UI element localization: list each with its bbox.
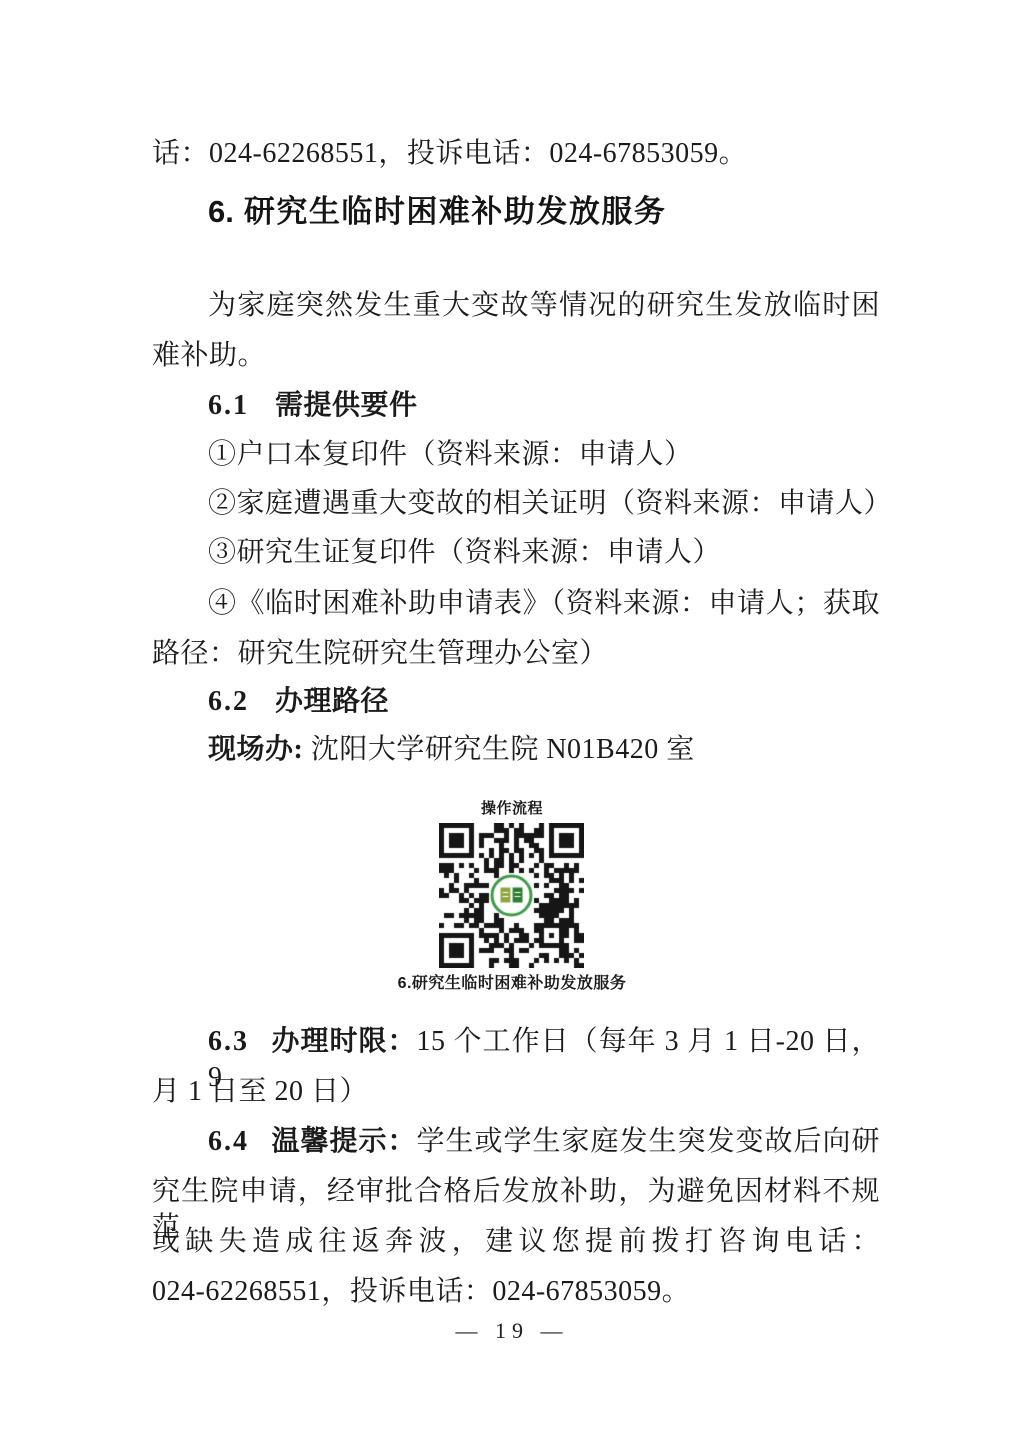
- intro-line2: 难补助。: [152, 340, 266, 371]
- document-page: 话：024-62268551，投诉电话：024-67853059。 6.研究生临…: [0, 0, 1024, 1448]
- subsection-label: 温馨提示：: [271, 1126, 417, 1157]
- subsection-63-continuation: 月 1 日至 20 日）: [152, 1074, 880, 1110]
- subsection-number: 6.4: [208, 1126, 249, 1157]
- qr-top-label: 操作流程: [312, 797, 712, 818]
- section-title: 研究生临时困难补助发放服务: [244, 194, 667, 229]
- paragraph-tail-line: 话：024-62268551，投诉电话：024-67853059。: [152, 136, 880, 172]
- intro-paragraph-line: 为家庭突然发生重大变故等情况的研究生发放临时困: [152, 288, 880, 324]
- list-item-continuation: 路径：研究生院研究生管理办公室）: [152, 636, 880, 672]
- intro-line1: 为家庭突然发生重大变故等情况的研究生发放临时困: [208, 290, 880, 321]
- list-item-text: ①户口本复印件（资料来源：申请人）: [208, 439, 693, 470]
- subsection-text: 024-62268551，投诉电话：024-67853059。: [152, 1276, 690, 1307]
- subsection-heading-62: 6.2办理路径: [152, 684, 880, 720]
- subsection-number: 6.2: [208, 686, 249, 717]
- subsection-text: 月 1 日至 20 日）: [152, 1076, 368, 1107]
- list-item-text: ②家庭遭遇重大变故的相关证明（资料来源：申请人）: [208, 488, 892, 519]
- phone-numbers-text: 话：024-62268551，投诉电话：024-67853059。: [152, 138, 747, 169]
- channel-line: 现场办: 沈阳大学研究生院 N01B420 室: [152, 732, 880, 768]
- subsection-64-continuation: 或缺失造成往返奔波，建议您提前拨打咨询电话：: [152, 1224, 880, 1260]
- qr-bottom-label: 6.研究生临时困难补助发放服务: [312, 970, 712, 993]
- section-number: 6.: [208, 194, 234, 229]
- page-number: — 19 —: [0, 1318, 1024, 1344]
- list-item-text: ④《临时困难补助申请表》（资料来源：申请人；获取: [208, 588, 880, 619]
- subsection-label: 办理时限：: [271, 1026, 417, 1057]
- subsection-title: 办理路径: [275, 686, 389, 717]
- subsection-number: 6.1: [208, 390, 249, 421]
- list-item: ①户口本复印件（资料来源：申请人）: [152, 437, 880, 473]
- subsection-64-line: 6.4温馨提示：学生或学生家庭发生突发变故后向研: [152, 1124, 880, 1160]
- subsection-64-continuation: 024-62268551，投诉电话：024-67853059。: [152, 1274, 880, 1310]
- channel-value: 沈阳大学研究生院 N01B420 室: [311, 734, 695, 765]
- list-item-text: ③研究生证复印件（资料来源：申请人）: [208, 537, 721, 568]
- subsection-title: 需提供要件: [275, 390, 418, 421]
- channel-label: 现场办:: [208, 734, 303, 765]
- list-item: ②家庭遭遇重大变故的相关证明（资料来源：申请人）: [152, 486, 880, 522]
- subsection-text: 学生或学生家庭发生突发变故后向研: [417, 1126, 880, 1157]
- qr-code: [439, 823, 584, 968]
- list-item: ④《临时困难补助申请表》（资料来源：申请人；获取: [152, 586, 880, 622]
- subsection-number: 6.3: [208, 1026, 249, 1057]
- intro-paragraph-line: 难补助。: [152, 338, 880, 374]
- list-item-text: 路径：研究生院研究生管理办公室）: [152, 638, 608, 669]
- list-item: ③研究生证复印件（资料来源：申请人）: [152, 535, 880, 571]
- subsection-text: 或缺失造成往返奔波，建议您提前拨打咨询电话：: [152, 1226, 880, 1257]
- subsection-heading-61: 6.1需提供要件: [152, 388, 880, 424]
- section-heading: 6.研究生临时困难补助发放服务: [152, 194, 880, 230]
